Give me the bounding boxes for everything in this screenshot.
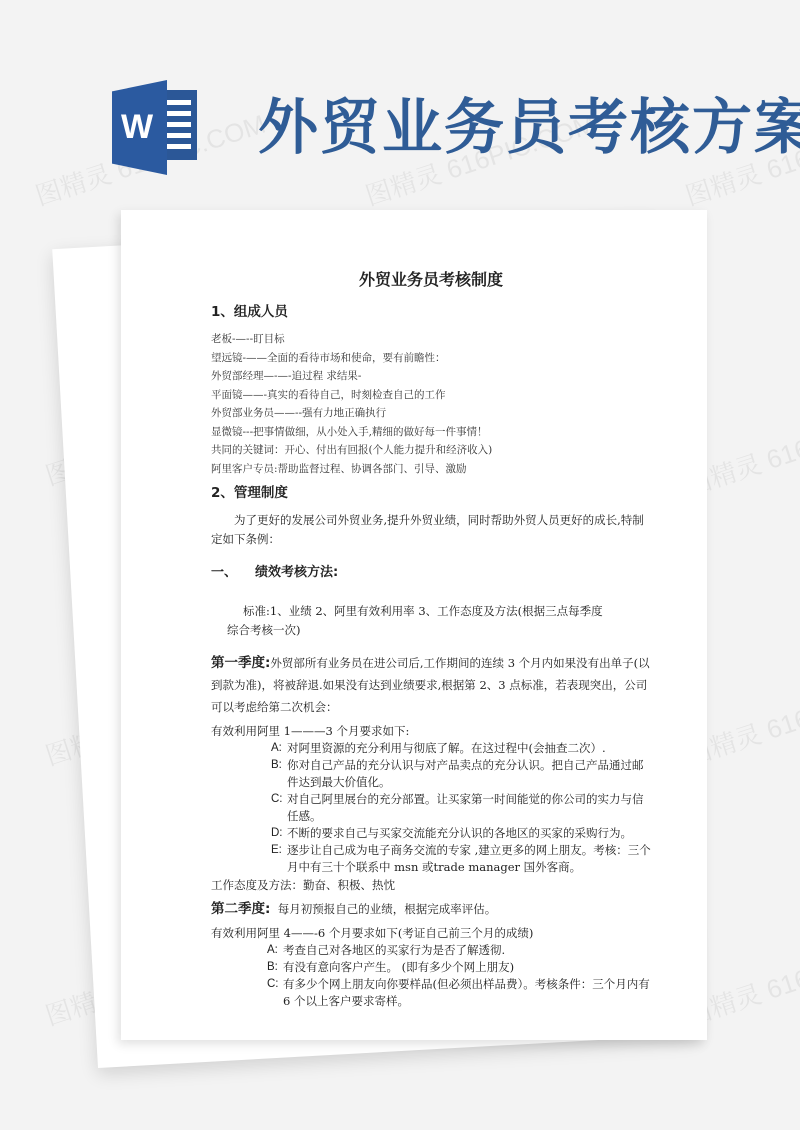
standard-line-1: 标准:1、业绩 2、阿里有效利用率 3、工作态度及方法(根据三点每季度 xyxy=(227,604,603,618)
standard-text: 标准:1、业绩 2、阿里有效利用率 3、工作态度及方法(根据三点每季度 综合考核… xyxy=(211,602,651,640)
item-key: D: xyxy=(271,825,287,842)
item-text: 考查自己对各地区的买家行为是否了解透彻. xyxy=(283,942,651,959)
member-line: 外贸部业务员——--强有力地正确执行 xyxy=(211,404,651,423)
item-text: 有多少个网上朋友向你要样品(但必须出样品费）。考核条件：三个月内有 6 个以上客… xyxy=(283,976,651,1010)
section-heading-members: 1、组成人员 xyxy=(211,303,651,322)
standard-line-2: 综合考核一次) xyxy=(227,621,651,640)
list-item: B:有没有意向客户产生。 (即有多少个网上朋友) xyxy=(267,959,651,976)
quarter-1-subheading: 有效利用阿里 1———3 个月要求如下: xyxy=(211,722,651,740)
item-key: C: xyxy=(271,791,287,825)
quarter-2-items: A:考查自己对各地区的买家行为是否了解透彻. B:有没有意向客户产生。 (即有多… xyxy=(211,942,651,1010)
item-key: B: xyxy=(271,757,287,791)
quarter-2: 第二季度: 每月初预报自己的业绩，根据完成率评估。 xyxy=(211,898,651,920)
banner: W 外贸业务员考核方案 xyxy=(112,70,772,170)
item-text: 不断的要求自己与买家交流能充分认识的各地区的买家的采购行为。 xyxy=(287,825,651,842)
list-item: C:对自己阿里展台的充分部置。让买家第一时间能觉的你公司的实力与信任感。 xyxy=(271,791,651,825)
item-key: B: xyxy=(267,959,283,976)
quarter-2-subheading: 有效利用阿里 4——-6 个月要求如下(考证自己前三个月的成绩) xyxy=(211,924,651,942)
quarter-1-text: 外贸部所有业务员在进公司后,工作期间的连续 3 个月内如果没有出单子(以到款为准… xyxy=(211,656,650,714)
list-item: C:有多少个网上朋友向你要样品(但必须出样品费）。考核条件：三个月内有 6 个以… xyxy=(267,976,651,1010)
word-logo-letter: W xyxy=(121,108,153,147)
member-line: 外贸部经理—-—-追过程 求结果- xyxy=(211,367,651,386)
document-title: 外贸业务员考核制度 xyxy=(211,270,651,289)
item-key: A: xyxy=(271,740,287,757)
item-text: 你对自己产品的充分认识与对产品卖点的充分认识。把自己产品通过邮件达到最大价值化。 xyxy=(287,757,651,791)
item-key: E: xyxy=(271,842,287,876)
item-text: 逐步让自己成为电子商务交流的专家 ,建立更多的网上朋友。考核：三个月中有三十个联… xyxy=(287,842,651,876)
banner-title: 外贸业务员考核方案 xyxy=(258,80,800,166)
method-title: 绩效考核方法: xyxy=(255,565,338,580)
method-number: 一、 xyxy=(211,563,255,582)
list-item: A:对阿里资源的充分利用与彻底了解。在这过程中(会抽查二次）. xyxy=(271,740,651,757)
method-heading: 一、绩效考核方法: xyxy=(211,563,651,582)
member-line: 显微镜---把事情做细，从小处入手,精细的做好每一件事情！ xyxy=(211,423,651,442)
member-line: 老板-—--盯目标 xyxy=(211,330,651,349)
member-line: 阿里客户专员:帮助监督过程、协调各部门、引导、激励 xyxy=(211,460,651,479)
item-key: C: xyxy=(267,976,283,1010)
word-document-icon: W xyxy=(112,80,212,175)
quarter-1-items: A:对阿里资源的充分利用与彻底了解。在这过程中(会抽查二次）. B:你对自己产品… xyxy=(211,740,651,876)
quarter-2-label: 第二季度: xyxy=(211,901,270,917)
quarter-2-text: 每月初预报自己的业绩，根据完成率评估。 xyxy=(278,902,497,916)
list-item: E:逐步让自己成为电子商务交流的专家 ,建立更多的网上朋友。考核：三个月中有三十… xyxy=(271,842,651,876)
document-page: 外贸业务员考核制度 1、组成人员 老板-—--盯目标 望远镜-——全面的看待市场… xyxy=(121,210,707,1040)
member-line: 望远镜-——全面的看待市场和使命，要有前瞻性： xyxy=(211,349,651,368)
attitude-line: 工作态度及方法：勤奋、积极、热忱 xyxy=(211,876,651,894)
document-content: 外贸业务员考核制度 1、组成人员 老板-—--盯目标 望远镜-——全面的看待市场… xyxy=(211,270,651,1010)
list-item: A:考查自己对各地区的买家行为是否了解透彻. xyxy=(267,942,651,959)
item-text: 对自己阿里展台的充分部置。让买家第一时间能觉的你公司的实力与信任感。 xyxy=(287,791,651,825)
quarter-1-label: 第一季度: xyxy=(211,655,270,671)
quarter-1: 第一季度:外贸部所有业务员在进公司后,工作期间的连续 3 个月内如果没有出单子(… xyxy=(211,652,651,718)
member-line: 共同的关键词：开心、付出有回报(个人能力提升和经济收入) xyxy=(211,441,651,460)
list-item: D:不断的要求自己与买家交流能充分认识的各地区的买家的采购行为。 xyxy=(271,825,651,842)
item-key: A: xyxy=(267,942,283,959)
member-line: 平面镜——-真实的看待自己，时刻检查自己的工作 xyxy=(211,386,651,405)
item-text: 对阿里资源的充分利用与彻底了解。在这过程中(会抽查二次）. xyxy=(287,740,651,757)
item-text: 有没有意向客户产生。 (即有多少个网上朋友) xyxy=(283,959,651,976)
management-intro: 为了更好的发展公司外贸业务,提升外贸业绩，同时帮助外贸人员更好的成长,特制定如下… xyxy=(211,511,651,549)
section-heading-management: 2、管理制度 xyxy=(211,484,651,503)
list-item: B:你对自己产品的充分认识与对产品卖点的充分认识。把自己产品通过邮件达到最大价值… xyxy=(271,757,651,791)
